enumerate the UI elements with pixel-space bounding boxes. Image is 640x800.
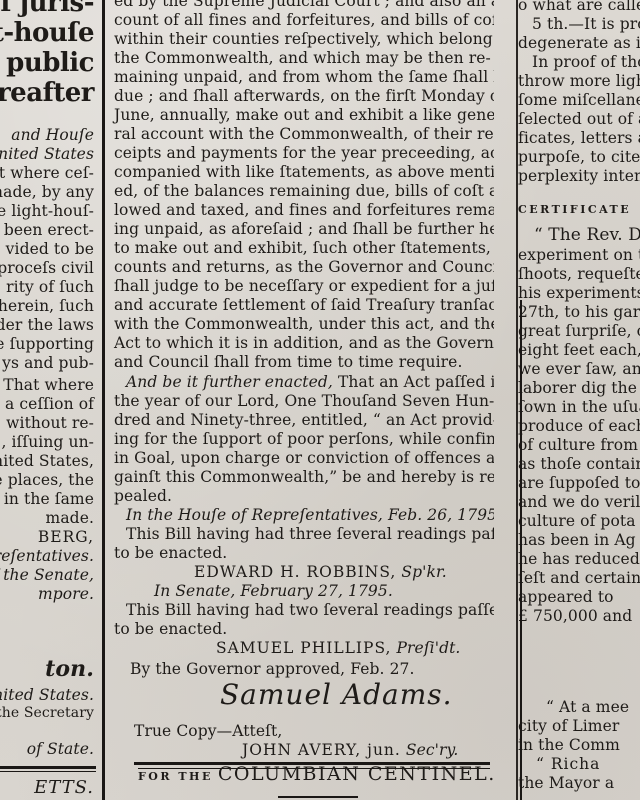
text-line: been erect- xyxy=(4,221,94,240)
text-line: e light-houſ- xyxy=(0,202,94,221)
text-line: herein, ſuch xyxy=(0,297,94,316)
text-line: his experiments. xyxy=(518,284,640,303)
text-line: perplexity intende xyxy=(518,167,640,186)
text-line: produce of each, xyxy=(518,417,640,436)
text-line: lowed and taxed, and fines and forfeitur… xyxy=(114,201,494,220)
text-line: purpoſe, to cite al xyxy=(518,148,640,167)
text-line: ral account with the Commonwealth, of th… xyxy=(114,125,494,144)
text-line: That where xyxy=(3,376,94,395)
text-line: maining unpaid, and from whom the ſame ſ… xyxy=(114,68,494,87)
horizontal-rule xyxy=(0,766,96,769)
text-line: to be enacted. xyxy=(114,620,227,639)
text-line: pealed. xyxy=(114,487,172,506)
text-line: dred and Ninety-three, entitled, “ an Ac… xyxy=(114,411,494,430)
text-line: ſome miſcellaneous xyxy=(518,91,640,110)
column-rule xyxy=(520,300,522,800)
text-line: This Bill having had three ſeveral readi… xyxy=(126,525,494,544)
text-line: ſelected out of a gr xyxy=(518,110,640,129)
masthead-fragment: ETTS. xyxy=(34,778,94,797)
text-line: £ 750,000 and xyxy=(518,607,632,626)
approval-line: By the Governor approved, Feb. 27. xyxy=(130,660,415,679)
blackletter-line: hereafter xyxy=(0,84,94,103)
section-heading: FOR THE COLUMBIAN CENTINEL. xyxy=(138,762,494,789)
text-line: “ At a mee xyxy=(546,698,629,717)
text-line: due ; and ſhall afterwards, on the firſt… xyxy=(114,87,494,106)
text-line: experiment on th xyxy=(518,246,640,265)
text-line: ſown in the uſua xyxy=(518,398,640,417)
text-line: are ſuppoſed to xyxy=(518,474,640,493)
left-column: of juris- ght-houſe o public hereafter a… xyxy=(0,0,100,800)
text-line: he has reduced xyxy=(518,550,640,569)
text-line: the Secretary xyxy=(0,704,94,723)
text-line: degenerate as in xyxy=(518,34,640,53)
text-line: e ſupporting xyxy=(0,335,94,354)
text-line: within their counties reſpectively, whic… xyxy=(114,30,494,49)
text-line: made. xyxy=(46,509,94,528)
text-line: count of all fines and forfeitures, and … xyxy=(114,11,494,30)
text-line: great ſurpriſe, c xyxy=(518,322,640,341)
text-line: the Mayor a xyxy=(518,774,614,793)
president-name: SAMUEL PHILLIPS, xyxy=(216,639,391,657)
text-line: appeared to xyxy=(518,588,614,607)
text-line: mpore. xyxy=(38,585,94,604)
text-line: BERG, xyxy=(38,528,94,547)
text-line: ing for the ſupport of poor perſons, whi… xyxy=(114,430,494,449)
right-column: o what are called 5 th.—It is probal deg… xyxy=(506,0,640,800)
text-line: of culture from xyxy=(518,436,638,455)
text-line: ed by the Supreme Judicial Court ; and a… xyxy=(114,0,494,11)
text-line: as thoſe contain xyxy=(518,455,640,474)
text-line: vided to be xyxy=(6,240,94,259)
text-line: in Goal, upon charge or conviction of of… xyxy=(114,449,494,468)
text-line: counts and returns, as the Governor and … xyxy=(114,258,494,277)
text-line: and Houſe xyxy=(11,126,94,145)
text-line: rity of ſuch xyxy=(6,278,94,297)
text-line: ſeſt and certain xyxy=(518,569,640,588)
heading-columbian-centinel: COLUMBIAN CENTINEL. xyxy=(218,763,494,785)
text-line: This Bill having had two ſeveral reading… xyxy=(126,601,494,620)
text-line: has been in Ag xyxy=(518,531,636,550)
text-line: a ceſſion of xyxy=(5,395,94,414)
text-line: ing unpaid, as aforeſaid ; and ſhall be … xyxy=(114,220,494,239)
text-line: ſhoots, requeſted xyxy=(518,265,640,284)
text-line: e places, the xyxy=(0,471,94,490)
text-line: we ever ſaw, and xyxy=(518,360,640,379)
speaker-name: EDWARD H. ROBBINS, xyxy=(194,563,396,581)
secretary-signature: JOHN AVERY, jun. Sec'ry. xyxy=(242,741,458,760)
president-signature: SAMUEL PHILLIPS, Preſi'dt. xyxy=(216,639,460,658)
governor-signature: Samuel Adams. xyxy=(220,685,453,704)
text-line: the year of our Lord, One Thouſand Seven… xyxy=(114,392,494,411)
text-line: city of Limer xyxy=(518,717,619,736)
text-line: June, annually, make out and exhibit a l… xyxy=(114,106,494,125)
text-line: to make out and exhibit, ſuch other ſtat… xyxy=(114,239,494,258)
text-line: companied with like ſtatements, as above… xyxy=(114,163,494,182)
text-line: Inited States xyxy=(0,145,94,164)
text-line: without re- xyxy=(6,414,94,433)
text-line: laborer dig the xyxy=(518,379,637,398)
text-line: Act to which it is in addition, and as t… xyxy=(114,334,494,353)
text-line: ſhall judge to be neceſſary or expedient… xyxy=(114,277,494,296)
text-line: “ Richa xyxy=(536,755,600,774)
text-line: and Council ſhall from time to time requ… xyxy=(114,353,462,372)
horizontal-rule xyxy=(0,771,96,772)
text-line: nade, by any xyxy=(0,183,94,202)
text-line: the Commonwealth, and which may be then … xyxy=(114,49,491,68)
heading-for-the: FOR THE xyxy=(138,770,213,783)
house-dateline: In the Houſe of Repreſentatives, Feb. 26… xyxy=(126,506,494,525)
text-line: o what are called xyxy=(518,0,640,15)
text-line: and we do veril xyxy=(518,493,640,512)
senate-dateline: In Senate, February 27, 1795. xyxy=(154,582,393,601)
text-line: t where ceſ- xyxy=(0,164,94,183)
text-line: ed, of the balances remaining due, bills… xyxy=(114,182,494,201)
blackletter-line: ght-houſe xyxy=(0,24,94,43)
enacted-text: That an Act paſſed in xyxy=(333,373,494,391)
text-line: proceſs civil xyxy=(0,259,94,278)
text-line: throw more light up xyxy=(518,72,640,91)
secretary-name: JOHN AVERY, jun. xyxy=(242,741,401,759)
attest-line: True Copy—Atteſt, xyxy=(134,722,282,741)
text-line: der the laws xyxy=(0,316,94,335)
text-line: and accurate ſettlement of ſaid Treaſury… xyxy=(114,296,494,315)
text-line: nited States. xyxy=(0,686,94,705)
text-line: ys and pub- xyxy=(2,354,94,373)
blackletter-line: o public xyxy=(0,54,94,73)
text-line: , iſſuing un- xyxy=(1,433,94,452)
text-line: ceipts and payments for the year preceed… xyxy=(114,144,494,163)
text-line: ficates, letters and xyxy=(518,129,640,148)
certificate-heading: CERTIFICATE xyxy=(518,200,631,219)
text-line: eight feet each, w xyxy=(518,341,640,360)
middle-column: ed by the Supreme Judicial Court ; and a… xyxy=(108,0,494,800)
text-line: reſentatives. xyxy=(0,547,94,566)
short-rule xyxy=(278,796,358,798)
secretary-title: Sec'ry. xyxy=(406,741,458,759)
text-line: to be enacted. xyxy=(114,544,227,563)
speaker-signature: EDWARD H. ROBBINS, Sp'kr. xyxy=(194,563,447,582)
enacted-paragraph-first-line: And be it further enacted, That an Act p… xyxy=(126,373,494,392)
text-line: “ The Rev. D xyxy=(534,226,640,245)
text-line: in the Comm xyxy=(518,736,620,755)
text-line: 5 th.—It is probal xyxy=(532,15,640,34)
blackletter-line: of juris- xyxy=(0,0,94,13)
text-line: gainſt this Commonwealth,” be and hereby… xyxy=(114,468,494,487)
text-line: of State. xyxy=(27,740,94,759)
text-line: In proof of thoſ xyxy=(532,53,640,72)
text-line: with the Commonwealth, under this act, a… xyxy=(114,315,494,334)
text-line: 27th, to his garde xyxy=(518,303,640,322)
speaker-title: Sp'kr. xyxy=(401,563,446,581)
text-line: in the ſame xyxy=(4,490,94,509)
enacted-lead: And be it further enacted, xyxy=(126,373,333,391)
text-line: culture of pota xyxy=(518,512,636,531)
text-line: nited States, xyxy=(0,452,94,471)
column-rule xyxy=(102,0,105,800)
signature-fragment: ton. xyxy=(45,660,94,679)
text-line: of the Senate, xyxy=(0,566,94,585)
president-title: Preſi'dt. xyxy=(397,639,461,657)
